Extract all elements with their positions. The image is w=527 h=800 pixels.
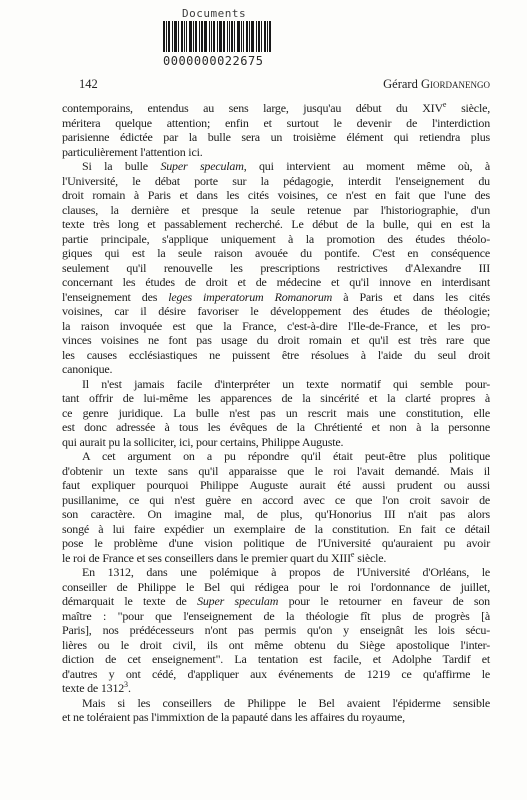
author-given-name: Gérard bbox=[383, 77, 421, 91]
text-line: Il n'est jamais facile d'interpréter un … bbox=[62, 377, 490, 392]
text-line: la raison invoquée est que la France, c'… bbox=[62, 319, 490, 334]
paragraph: contemporains, entendus au sens large, j… bbox=[62, 101, 490, 159]
text-line: lières ou le droit civil, ils ont même o… bbox=[62, 638, 490, 653]
text-line: seulement qu'il renouvelle les prescript… bbox=[62, 261, 490, 276]
text-line: son caractère. On imagine mal, de plus, … bbox=[62, 507, 490, 522]
text-line: qui aurait pu la solliciter, ici, pour c… bbox=[62, 435, 490, 450]
text-line: d'obtenir un texte sans qu'il apparaisse… bbox=[62, 464, 490, 479]
text-line: giques qui est la seule raison avouée du… bbox=[62, 246, 490, 261]
text-line: démarquait le texte de Super speculam po… bbox=[62, 594, 490, 609]
text-line: pusillanime, ce qui n'est guère en accor… bbox=[62, 493, 490, 508]
paragraph: A cet argument on a pu répondre qu'il ét… bbox=[62, 449, 490, 565]
text-line: En 1312, dans une polémique à propos de … bbox=[62, 565, 490, 580]
text-line: droit romain à Paris et dans les cités v… bbox=[62, 188, 490, 203]
paragraph: Mais si les conseillers de Philippe le B… bbox=[62, 696, 490, 725]
paragraph: Si la bulle Super speculam, qui intervie… bbox=[62, 159, 490, 377]
text-line: et ne toléraient pas l'immixtion de la p… bbox=[62, 710, 490, 725]
text-line: A cet argument on a pu répondre qu'il ét… bbox=[62, 449, 490, 464]
text-line: songé à lui faire expédier un exemplaire… bbox=[62, 522, 490, 537]
page-number: 142 bbox=[62, 77, 98, 92]
text-line: d'autres y ont cédé, d'appliquer aux évé… bbox=[62, 667, 490, 682]
text-line: diction de cet enseignement". La tentati… bbox=[62, 652, 490, 667]
text-line: faut expliquer pourquoi Philippe Auguste… bbox=[62, 478, 490, 493]
text-line: concernant les études de droit et de méd… bbox=[62, 275, 490, 290]
text-line: est donc adressée à tous les évêques de … bbox=[62, 420, 490, 435]
text-line: particulièrement l'attention ici. bbox=[62, 145, 490, 160]
text-line: texte de 13123. bbox=[62, 681, 490, 696]
text-line: voisines, car il désire favoriser le dév… bbox=[62, 304, 490, 319]
text-line: pose le problème d'une vision politique … bbox=[62, 536, 490, 551]
paragraph: En 1312, dans une polémique à propos de … bbox=[62, 565, 490, 696]
text-line: texte très long et passablement recherch… bbox=[62, 217, 490, 232]
text-line: Paris], nos prédécesseurs n'ont pas perm… bbox=[62, 623, 490, 638]
running-head: 142 Gérard Giordanengo bbox=[62, 77, 490, 92]
text-line: le roi de France et ses conseillers dans… bbox=[62, 551, 490, 566]
text-line: tant offrir de lui-même les apparences d… bbox=[62, 391, 490, 406]
text-line: conseiller de Philippe le Bel qui rédige… bbox=[62, 580, 490, 595]
text-line: parisienne édictée par la bulle sera un … bbox=[62, 130, 490, 145]
text-line: l'enseignement des leges imperatorum Rom… bbox=[62, 290, 490, 305]
text-line: les causes ecclésiastiques ne puissent ê… bbox=[62, 348, 490, 363]
text-line: maître : "pour que l'enseignement de la … bbox=[62, 609, 490, 624]
author-family-name: Giordanengo bbox=[421, 77, 490, 91]
scanned-page: Documents 0000000022675 142 Gérard Giord… bbox=[0, 0, 527, 800]
library-label-area: Documents 0000000022675 bbox=[163, 7, 309, 68]
page-text: contemporains, entendus au sens large, j… bbox=[62, 101, 490, 725]
text-line: l'Université, le débat porte sur la péda… bbox=[62, 174, 490, 189]
text-line: partie principale, s'applique uniquement… bbox=[62, 232, 490, 247]
barcode bbox=[163, 21, 309, 52]
text-line: Mais si les conseillers de Philippe le B… bbox=[62, 696, 490, 711]
text-line: vinces voisines ne font pas usage du dro… bbox=[62, 333, 490, 348]
documents-label: Documents bbox=[182, 7, 309, 20]
barcode-number: 0000000022675 bbox=[163, 54, 309, 68]
text-line: ce genre juridique. La bulle n'est pas u… bbox=[62, 406, 490, 421]
text-line: méritera quelque attention; enfin et sur… bbox=[62, 116, 490, 131]
text-line: clauses, la dernière et presque la seule… bbox=[62, 203, 490, 218]
author-name: Gérard Giordanengo bbox=[383, 77, 490, 92]
text-line: contemporains, entendus au sens large, j… bbox=[62, 101, 490, 116]
paragraph: Il n'est jamais facile d'interpréter un … bbox=[62, 377, 490, 450]
text-line: Si la bulle Super speculam, qui intervie… bbox=[62, 159, 490, 174]
text-line: canonique. bbox=[62, 362, 490, 377]
